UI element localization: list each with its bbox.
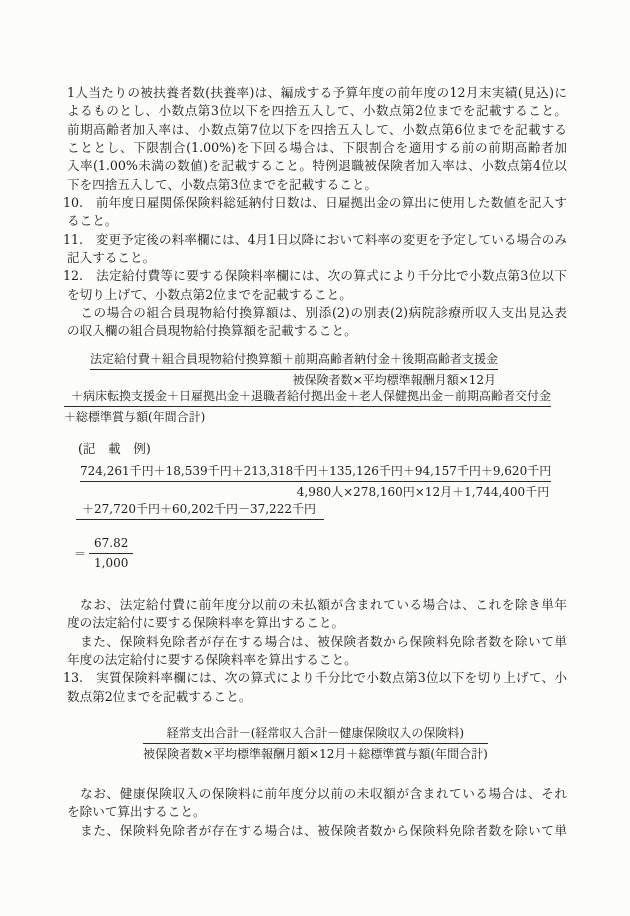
item-11-line: 11. 変更予定後の料率欄には、4月1日以降において料率の変更を予定している場合… [63, 231, 567, 249]
result-numerator: 67.82 [89, 536, 133, 554]
item-11: 11. 変更予定後の料率欄には、4月1日以降において料率の変更を予定している場合… [63, 231, 567, 268]
example-result: ＝ 67.82 1,000 [74, 536, 133, 571]
item-12-note-line: この場合の組合員現物給付換算額は、別添(2)の別表(2)病院診療所収入支出見込表 [67, 304, 567, 322]
example-row2: ＋27,720千円＋60,202千円－37,222千円 [76, 501, 324, 520]
intro-line: よるものとし、小数点第3位以下を四捨五入して、小数点第2位までを記載すること。 [67, 102, 567, 120]
item-12-line: 12. 法定給付費等に要する保険料率欄には、次の算式により千分比で小数点第3位以… [63, 267, 567, 285]
rate-formula-denominator-cont: ＋総標準賞与額(年間合計) [64, 407, 551, 426]
intro-line: 入率(1.00%未満の数値)を記載すること。特例退職被保険者加入率は、小数点第4… [67, 157, 567, 175]
item-13-line: 13. 実質保険料率欄には、次の算式により千分比で小数点第3位以下を切り上げて、… [63, 669, 567, 687]
item-12: 12. 法定給付費等に要する保険料率欄には、次の算式により千分比で小数点第3位以… [63, 267, 567, 304]
note-line: また、保険料免除者が存在する場合は、被保険者数から保険料免除者数を除いて単 [67, 822, 567, 840]
document-page: 1人当たりの被扶養者数(扶養率)は、編成する予算年度の前年度の12月末実績(見込… [0, 0, 630, 916]
item-12-after-notes: なお、法定給付費に前年度分以前の未払額が含まれている場合は、これを除き単年 度の… [67, 596, 567, 669]
intro-paragraph: 1人当たりの被扶養者数(扶養率)は、編成する予算年度の前年度の12月末実績(見込… [67, 84, 567, 194]
real-rate-formula: 経常支出合計－(経常収入合計－健康保険収入の保険料) 被保険者数×平均標準報酬月… [143, 725, 488, 762]
intro-line: こととし、下限割合(1.00%)を下回る場合は、下限割合を適用する前の前期高齢者… [67, 139, 567, 157]
note-line: 度の法定給付に要する保険料率を算出すること。 [67, 614, 567, 632]
note-line: 年度の法定給付に要する保険料率を算出すること。 [67, 651, 567, 669]
item-13-after-notes: なお、健康保険収入の保険料に前年度分以前の未収額が含まれている場合は、それ を除… [67, 785, 567, 840]
rate-formula-row2: ＋病床転換支援金＋日雇拠出金＋退職者給付拠出金＋老人保健拠出金－前期高齢者交付金… [64, 388, 551, 425]
rate-formula-row1: 法定給付費＋組合員現物給付換算額＋前期高齢者納付金＋後期高齢者支援金 被保険者数… [90, 351, 498, 388]
item-11-line: 記入すること。 [63, 249, 567, 267]
intro-line: 1人当たりの被扶養者数(扶養率)は、編成する予算年度の前年度の12月末実績(見込… [67, 84, 567, 102]
note-line: を除いて算出すること。 [67, 803, 567, 821]
intro-line: 前期高齢者加入率は、小数点第7位以下を四捨五入して、小数点第6位までを記載する [67, 121, 567, 139]
note-line: また、保険料免除者が存在する場合は、被保険者数から保険料免除者数を除いて単 [67, 633, 567, 651]
example-numerator-cont: ＋27,720千円＋60,202千円－37,222千円 [76, 501, 324, 520]
result-denominator: 1,000 [89, 554, 133, 571]
rate-formula-denominator: 被保険者数×平均標準報酬月額×12月 [90, 370, 498, 389]
real-rate-numerator: 経常支出合計－(経常収入合計－健康保険収入の保険料) [143, 725, 488, 744]
rate-formula-numerator: 法定給付費＋組合員現物給付換算額＋前期高齢者納付金＋後期高齢者支援金 [90, 351, 498, 370]
item-10-line: 10. 前年度日雇関係保険料総延納付日数は、日雇拠出金の算出に使用した数値を記入… [63, 194, 567, 212]
rate-formula-numerator-cont: ＋病床転換支援金＋日雇拠出金＋退職者給付拠出金＋老人保健拠出金－前期高齢者交付金 [64, 388, 551, 407]
example-row1: 724,261千円＋18,539千円＋213,318千円＋135,126千円＋9… [80, 463, 551, 500]
equals-sign: ＝ [74, 546, 86, 562]
intro-line: 下を四捨五入して、小数点第3位までを記載すること。 [67, 176, 567, 194]
note-line: なお、健康保険収入の保険料に前年度分以前の未収額が含まれている場合は、それ [67, 785, 567, 803]
item-13: 13. 実質保険料率欄には、次の算式により千分比で小数点第3位以下を切り上げて、… [63, 669, 567, 706]
example-label: (記 載 例) [78, 440, 151, 458]
example-numerator: 724,261千円＋18,539千円＋213,318千円＋135,126千円＋9… [80, 463, 551, 482]
item-12-note-line: の収入欄の組合員現物給付換算額を記載すること。 [67, 322, 567, 340]
item-10: 10. 前年度日雇関係保険料総延納付日数は、日雇拠出金の算出に使用した数値を記入… [63, 194, 567, 231]
real-rate-denominator: 被保険者数×平均標準報酬月額×12月＋総標準賞与額(年間合計) [143, 744, 488, 763]
item-10-line: ること。 [63, 212, 567, 230]
item-12-note: この場合の組合員現物給付換算額は、別添(2)の別表(2)病院診療所収入支出見込表… [67, 304, 567, 341]
result-fraction: 67.82 1,000 [89, 536, 133, 571]
example-denominator: 4,980人×278,160円×12月＋1,744,400千円 [80, 482, 551, 501]
note-line: なお、法定給付費に前年度分以前の未払額が含まれている場合は、これを除き単年 [67, 596, 567, 614]
item-12-line: を切り上げて、小数点第2位までを記載すること。 [63, 286, 567, 304]
item-13-line: 数点第2位までを記載すること。 [63, 688, 567, 706]
